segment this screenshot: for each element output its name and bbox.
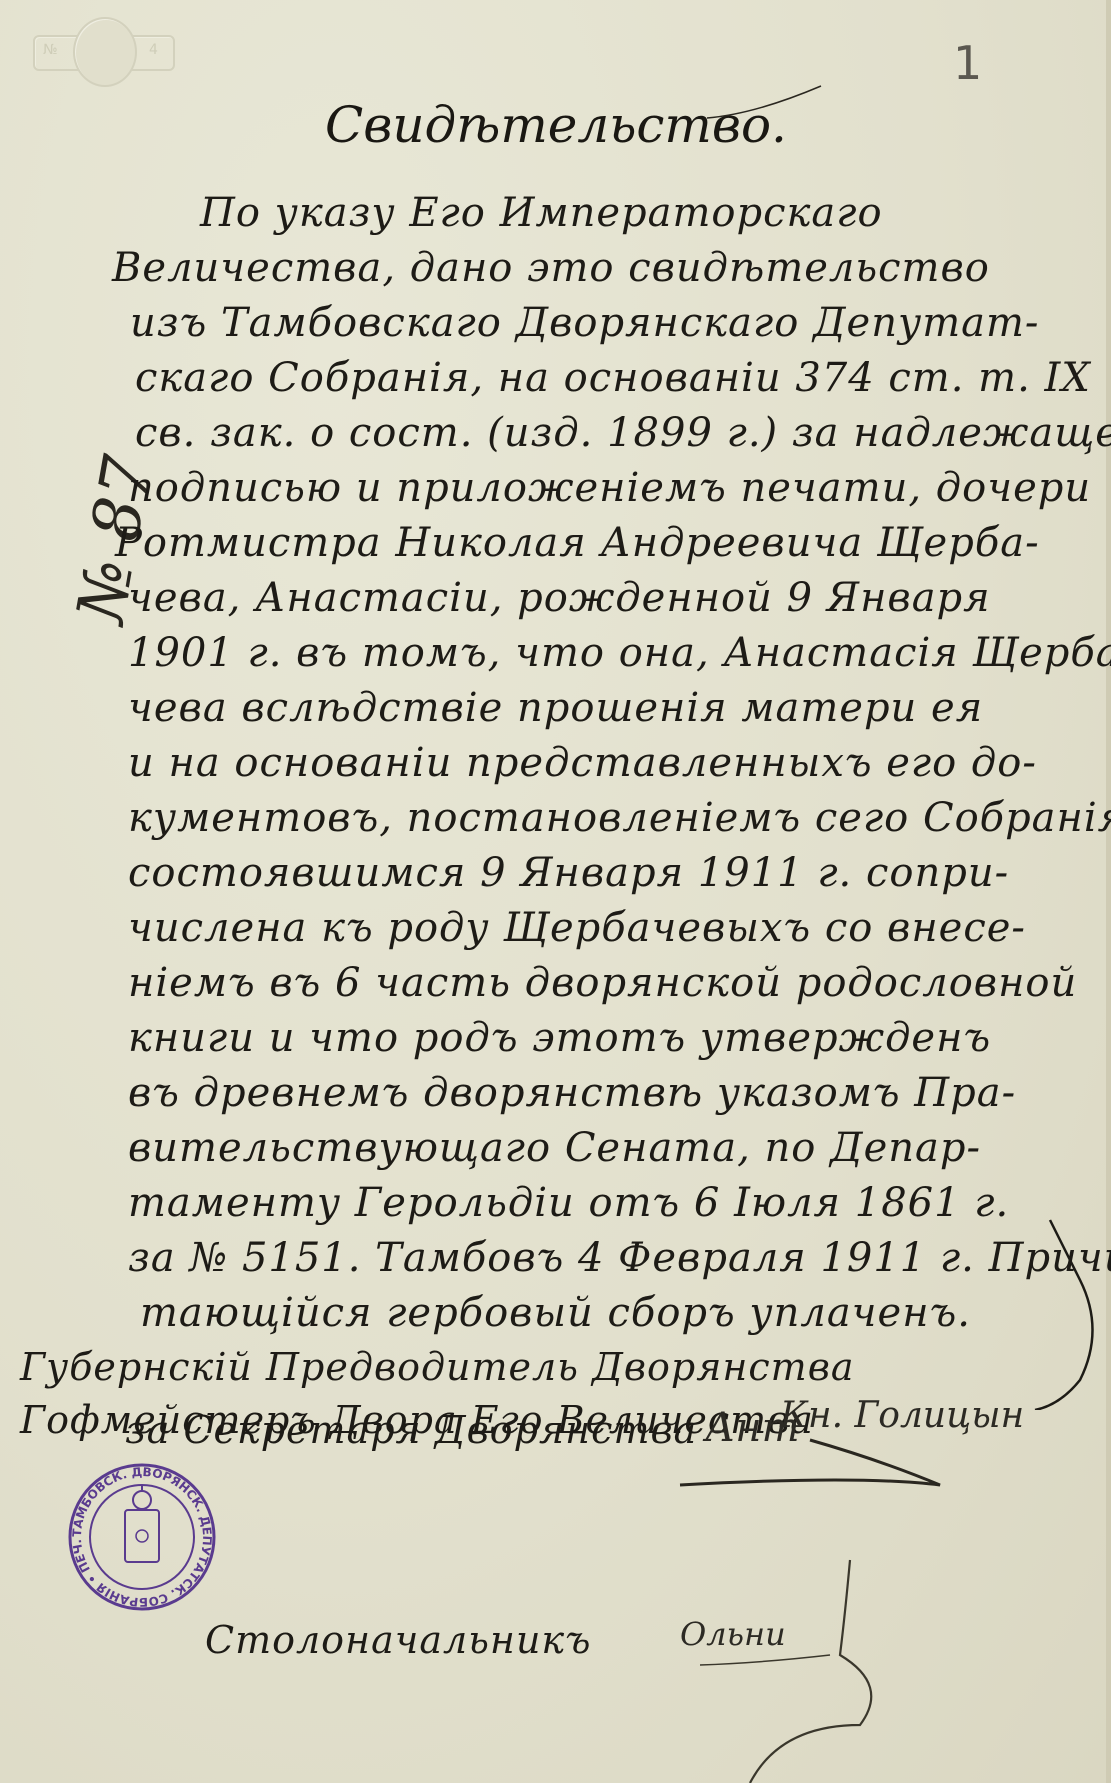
emboss-left-label: № — [43, 42, 58, 58]
signature-flourish-icon — [1010, 1210, 1100, 1410]
body-line: въ древнемъ дворянствѣ указомъ Пра- — [128, 1070, 1016, 1116]
body-line: вительствующаго Сената, по Депар- — [128, 1125, 981, 1171]
emboss-right-label: 4 — [149, 42, 158, 58]
body-line: изъ Тамбовскаго Дворянскаго Депутат- — [130, 300, 1039, 346]
body-line: По указу Его Императорскаго — [200, 190, 883, 236]
body-line: ніемъ въ 6 часть дворянской родословной — [128, 960, 1077, 1006]
document-page: № 4 1 Свидѣтельство. № 87 По указу Его И… — [0, 0, 1111, 1783]
body-line: и на основаніи представленныхъ его до- — [128, 740, 1037, 786]
body-line: 1901 г. въ томъ, что она, Анастасія Щерб… — [128, 630, 1111, 676]
body-line: кументовъ, постановленіемъ сего Собранія — [128, 795, 1111, 841]
body-line: тающійся гербовый сборъ уплаченъ. — [140, 1290, 971, 1336]
signatory-title: Губернскій Предводитель Дворянства — [20, 1345, 855, 1389]
official-seal-stamp: ТАМБОВСК. ДВОРЯНСК. ДЕПУТАТСК. СОБРАНІЯ … — [67, 1462, 217, 1612]
body-line: чева вслѣдствіе прошенія матери ея — [128, 685, 983, 731]
signature-flourish-icon — [660, 1430, 960, 1490]
body-line: Величества, дано это свидѣтельство — [112, 245, 990, 291]
page-number: 1 — [953, 36, 982, 90]
embossed-paper-mark: № 4 — [33, 15, 171, 85]
body-line: состоявшимся 9 Января 1911 г. сопри- — [128, 850, 1009, 896]
body-line: числена къ роду Щербачевыхъ со внесе- — [128, 905, 1026, 951]
signatory-title: за Секретаря Дворянства — [125, 1408, 697, 1452]
title-flourish-icon — [705, 82, 825, 122]
body-line: таменту Герольдіи отъ 6 Іюля 1861 г. — [128, 1180, 1009, 1226]
body-line: чева, Анастасіи, рожденной 9 Января — [128, 575, 991, 621]
body-line: св. зак. о сост. (изд. 1899 г.) за надле… — [135, 410, 1111, 456]
signature-flourish-icon — [700, 1555, 960, 1783]
body-line: за № 5151. Тамбовъ 4 Февраля 1911 г. При… — [128, 1235, 1111, 1281]
signatory-title: Столоначальникъ — [205, 1618, 591, 1662]
body-line: скаго Собранія, на основаніи 374 ст. т. … — [135, 355, 1091, 401]
body-line: книги и что родъ этотъ утвержденъ — [128, 1015, 991, 1061]
body-line: подписью и приложеніемъ печати, дочери — [128, 465, 1091, 511]
body-line: Ротмистра Николая Андреевича Щерба- — [115, 520, 1040, 566]
